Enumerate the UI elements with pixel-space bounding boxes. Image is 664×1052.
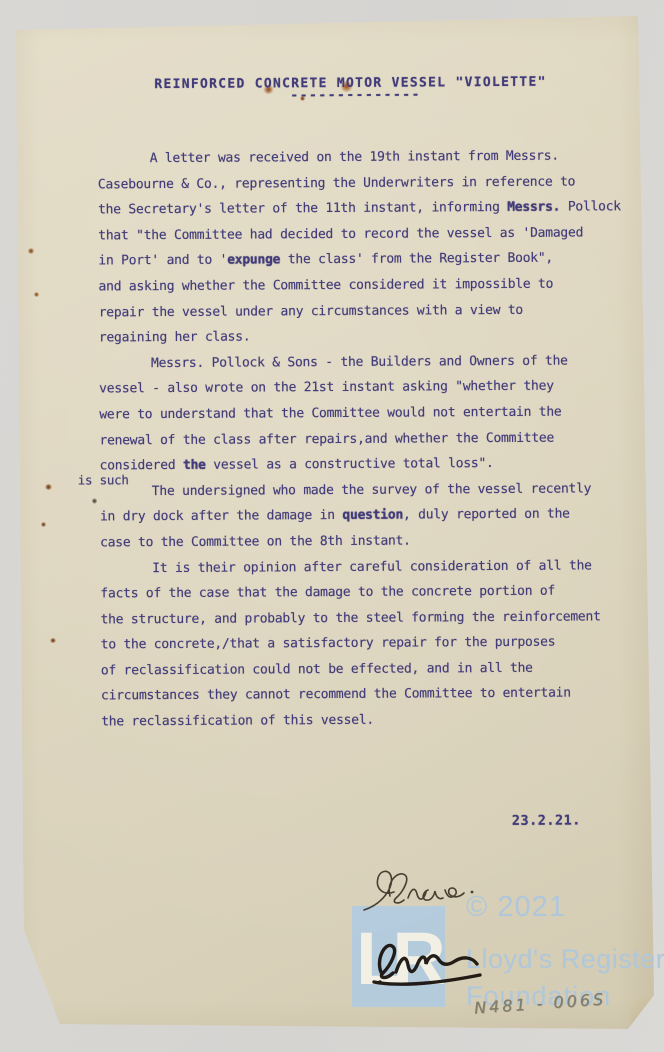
paragraph: It is their opinion after careful consid… bbox=[100, 553, 631, 735]
paragraph: Messrs. Pollock & Sons - the Builders an… bbox=[99, 348, 630, 479]
body-line: the structure, and probably to the steel… bbox=[100, 604, 630, 633]
body-line: in dry dock after the damage in question… bbox=[100, 501, 630, 530]
overstruck-word: question bbox=[342, 508, 403, 523]
body-line: case to the Committee on the 8th instant… bbox=[100, 527, 630, 556]
body-line: facts of the case that the damage to the… bbox=[100, 578, 630, 607]
body-line: to the concrete,/that a satisfactory rep… bbox=[101, 629, 631, 658]
title-underline: -------------- bbox=[290, 87, 421, 103]
body-line: and asking whether the Committee conside… bbox=[98, 271, 628, 300]
body-text: the Secretary's letter of the 11th insta… bbox=[98, 200, 507, 217]
body-line: the reclassification of this vessel. bbox=[101, 706, 631, 735]
body-text: in Port' and to ' bbox=[98, 253, 227, 269]
body-text: Pollock bbox=[560, 199, 621, 214]
overstruck-word: expunge bbox=[227, 253, 280, 268]
document-page: REINFORCED CONCRETE MOTOR VESSEL "VIOLET… bbox=[0, 0, 664, 1052]
signature-surveyor bbox=[366, 930, 498, 988]
body-line: considered the vessel as a constructive … bbox=[100, 450, 630, 479]
body-text: in dry dock after the damage in bbox=[100, 508, 343, 524]
body-text: , duly reported on the bbox=[403, 507, 570, 523]
typewritten-body: A letter was received on the 19th instan… bbox=[98, 143, 632, 735]
body-line: It is their opinion after careful consid… bbox=[100, 553, 630, 582]
folded-corner bbox=[628, 995, 656, 1031]
body-line: were to understand that the Committee wo… bbox=[99, 399, 629, 428]
typewritten-content: REINFORCED CONCRETE MOTOR VESSEL "VIOLET… bbox=[0, 0, 664, 1052]
body-line: the Secretary's letter of the 11th insta… bbox=[98, 194, 628, 223]
body-line: vessel - also wrote on the 21st instant … bbox=[99, 374, 629, 403]
body-line: Messrs. Pollock & Sons - the Builders an… bbox=[99, 348, 629, 377]
body-text: vessel as a constructive total loss". bbox=[206, 456, 494, 473]
paragraph: A letter was received on the 19th instan… bbox=[98, 143, 629, 351]
body-line: in Port' and to 'expunge the class' from… bbox=[98, 246, 628, 275]
scan-background: REINFORCED CONCRETE MOTOR VESSEL "VIOLET… bbox=[0, 0, 664, 1052]
body-line: repair the vessel under any circumstance… bbox=[99, 297, 629, 326]
paragraph: The undersigned who made the survey of t… bbox=[100, 476, 630, 556]
body-line: renewal of the class after repairs,and w… bbox=[99, 425, 629, 454]
body-line: of reclassification could not be effecte… bbox=[101, 655, 631, 684]
body-line: regaining her class. bbox=[99, 322, 629, 351]
interlinear-insert: is such bbox=[78, 472, 129, 487]
body-text: considered bbox=[100, 458, 183, 474]
body-line: circumstances they cannot recommend the … bbox=[101, 681, 631, 710]
body-line: A letter was received on the 19th instan… bbox=[98, 143, 628, 172]
body-text: the class' from the Register Book", bbox=[280, 251, 553, 268]
overstruck-word: the bbox=[183, 458, 206, 473]
signature-laws bbox=[360, 862, 490, 914]
body-line: The undersigned who made the survey of t… bbox=[100, 476, 630, 505]
overstruck-word: Messrs. bbox=[507, 200, 560, 215]
date-stamp: 23.2.21. bbox=[512, 812, 581, 828]
body-line: that "the Committee had decided to recor… bbox=[98, 220, 628, 249]
body-line: Casebourne & Co., representing the Under… bbox=[98, 169, 628, 198]
